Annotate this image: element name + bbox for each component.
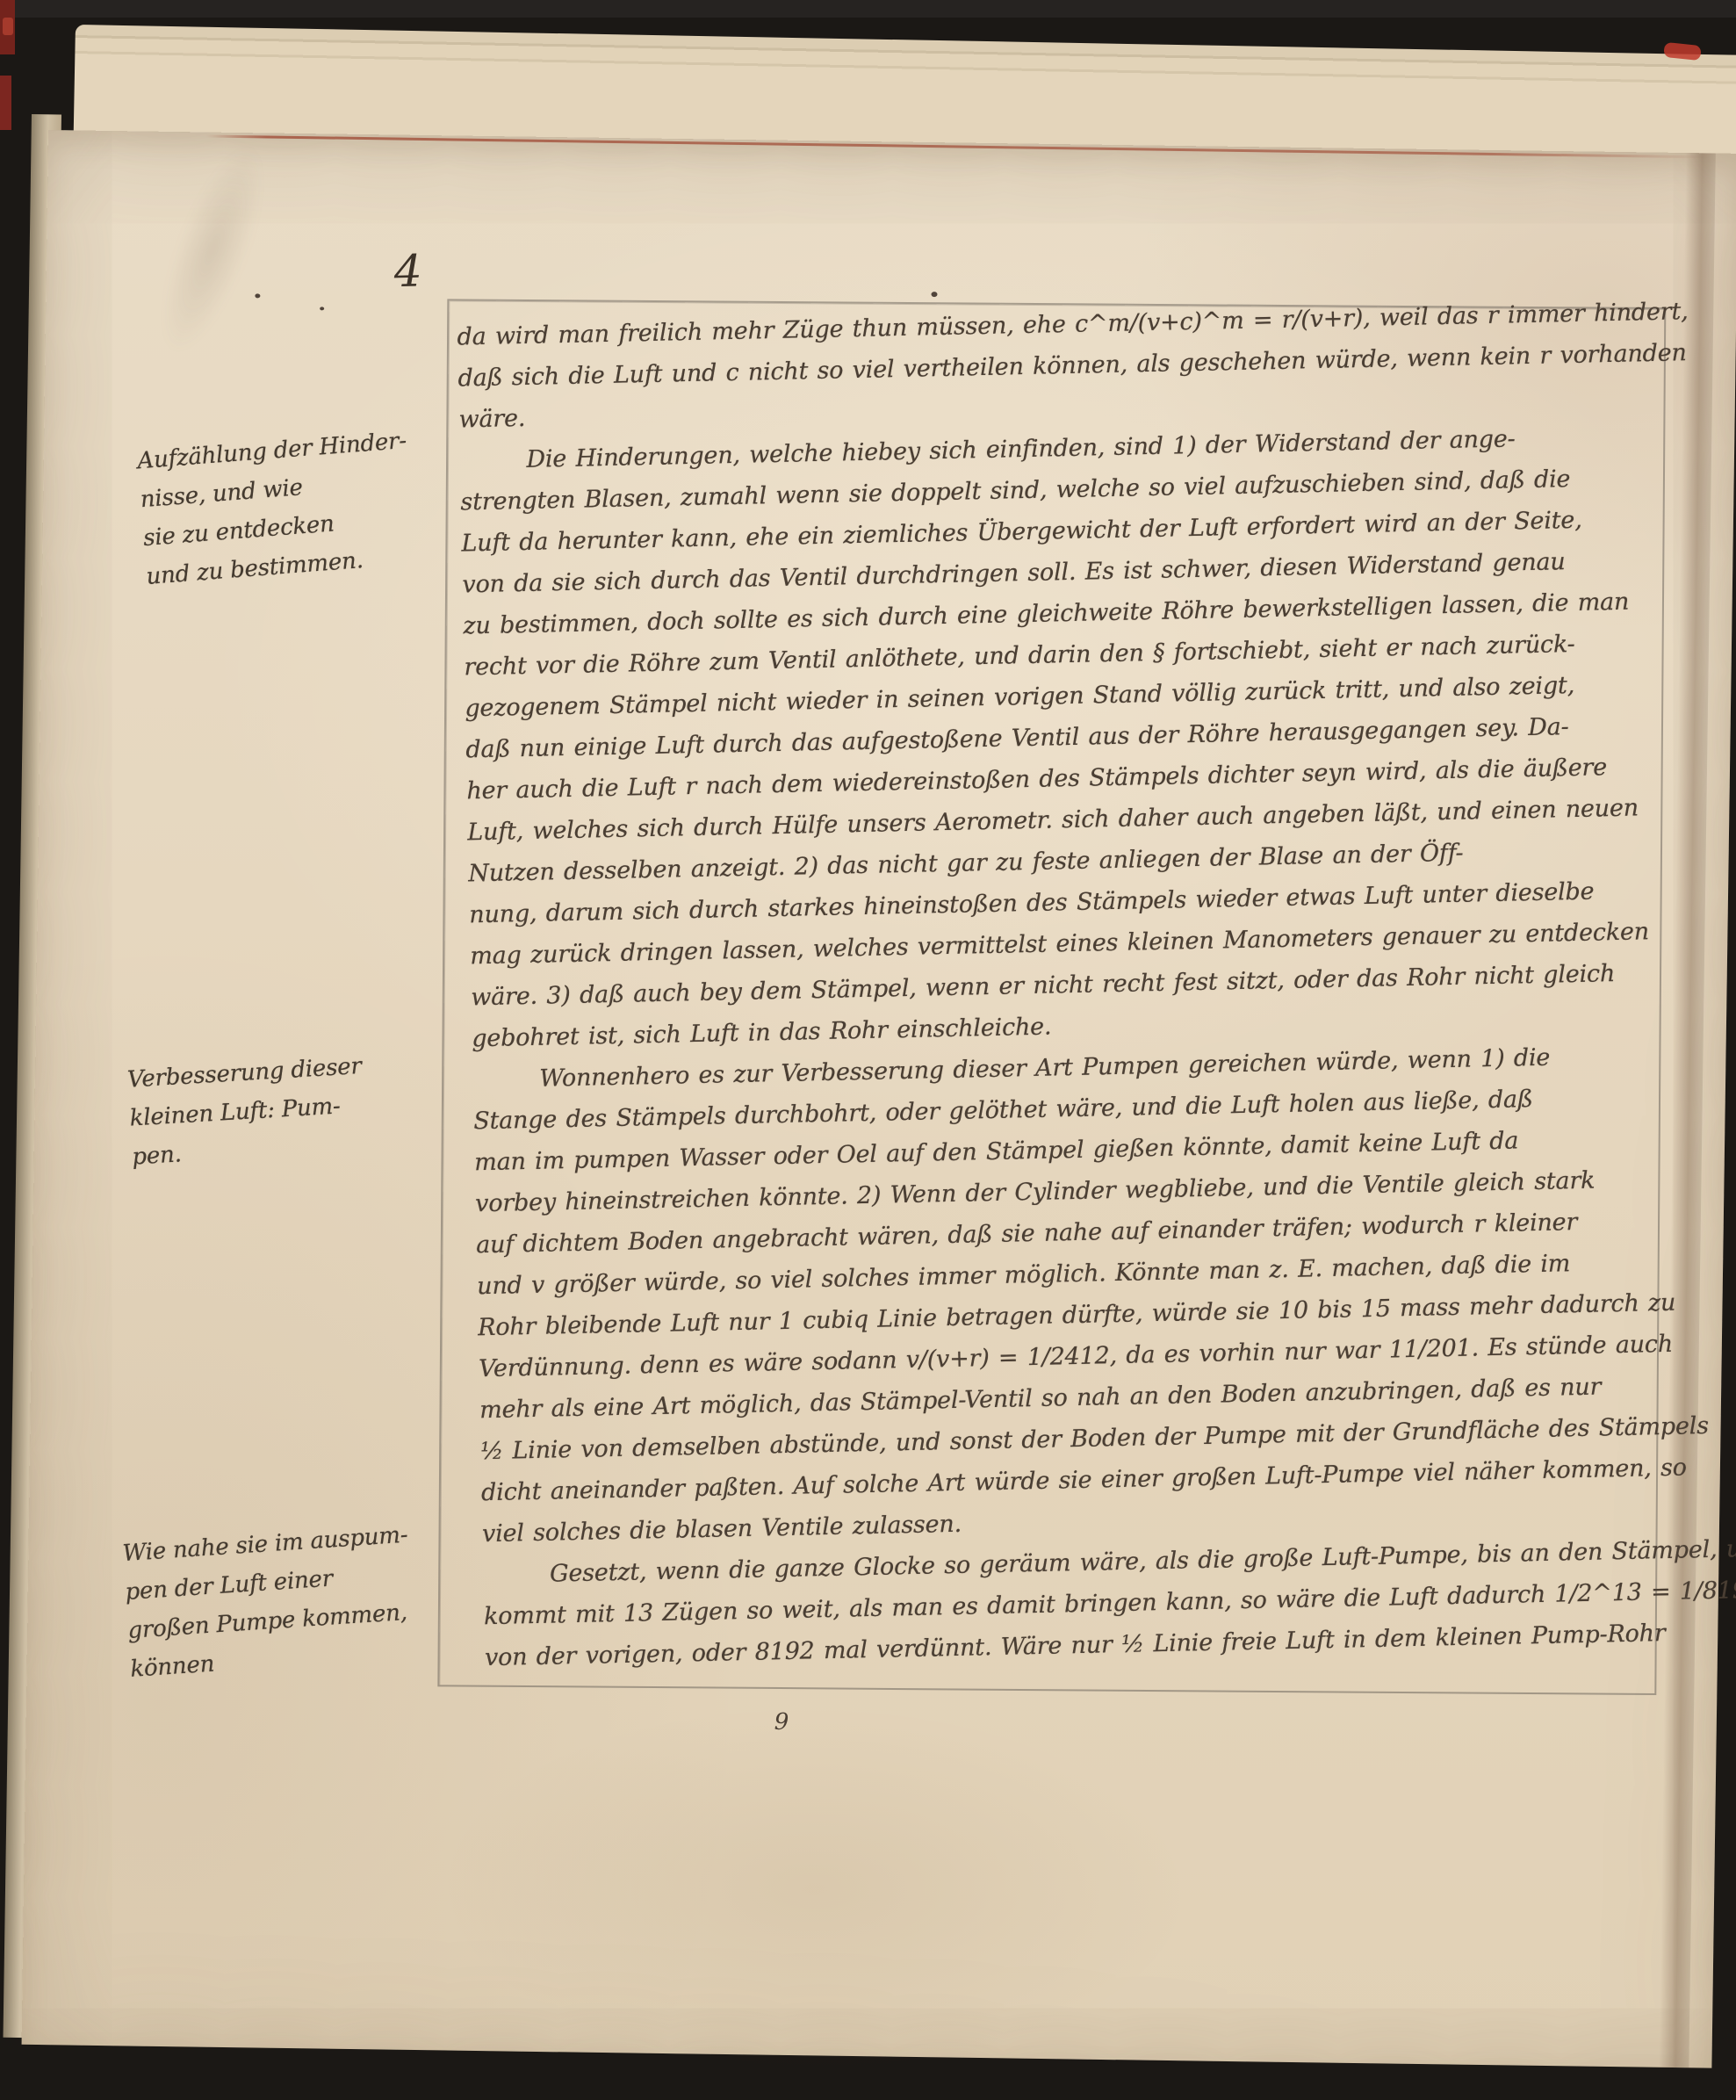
page-number: 4 [393, 249, 422, 293]
ink-speck [931, 292, 937, 297]
book-page: 4 da wird man freilich mehr Züge thun mü… [22, 130, 1736, 2068]
margin-note-hindernisse: Aufzählung der Hinder-nisse, und wiesie … [136, 416, 489, 596]
ink-speck [255, 293, 260, 298]
top-black-band [0, 0, 1736, 18]
binding-red-mark [3, 18, 13, 35]
margin-note-annaeherung: Wie nahe sie im auspum-pen der Luft eine… [121, 1512, 473, 1688]
binding-red-mark [0, 76, 11, 130]
paper-stain [434, 1699, 1194, 2078]
interlinear-correction: 9 [774, 1711, 789, 1734]
manuscript-text: da wird man freilich mehr Züge thun müss… [457, 291, 1732, 1678]
margin-note-verbesserung: Verbesserung dieserkleinen Luft: Pum-pen… [126, 1041, 475, 1177]
ink-speck [320, 307, 324, 310]
ink-smudge [141, 134, 284, 364]
manuscript-scan: 4 da wird man freilich mehr Züge thun mü… [0, 0, 1736, 2100]
